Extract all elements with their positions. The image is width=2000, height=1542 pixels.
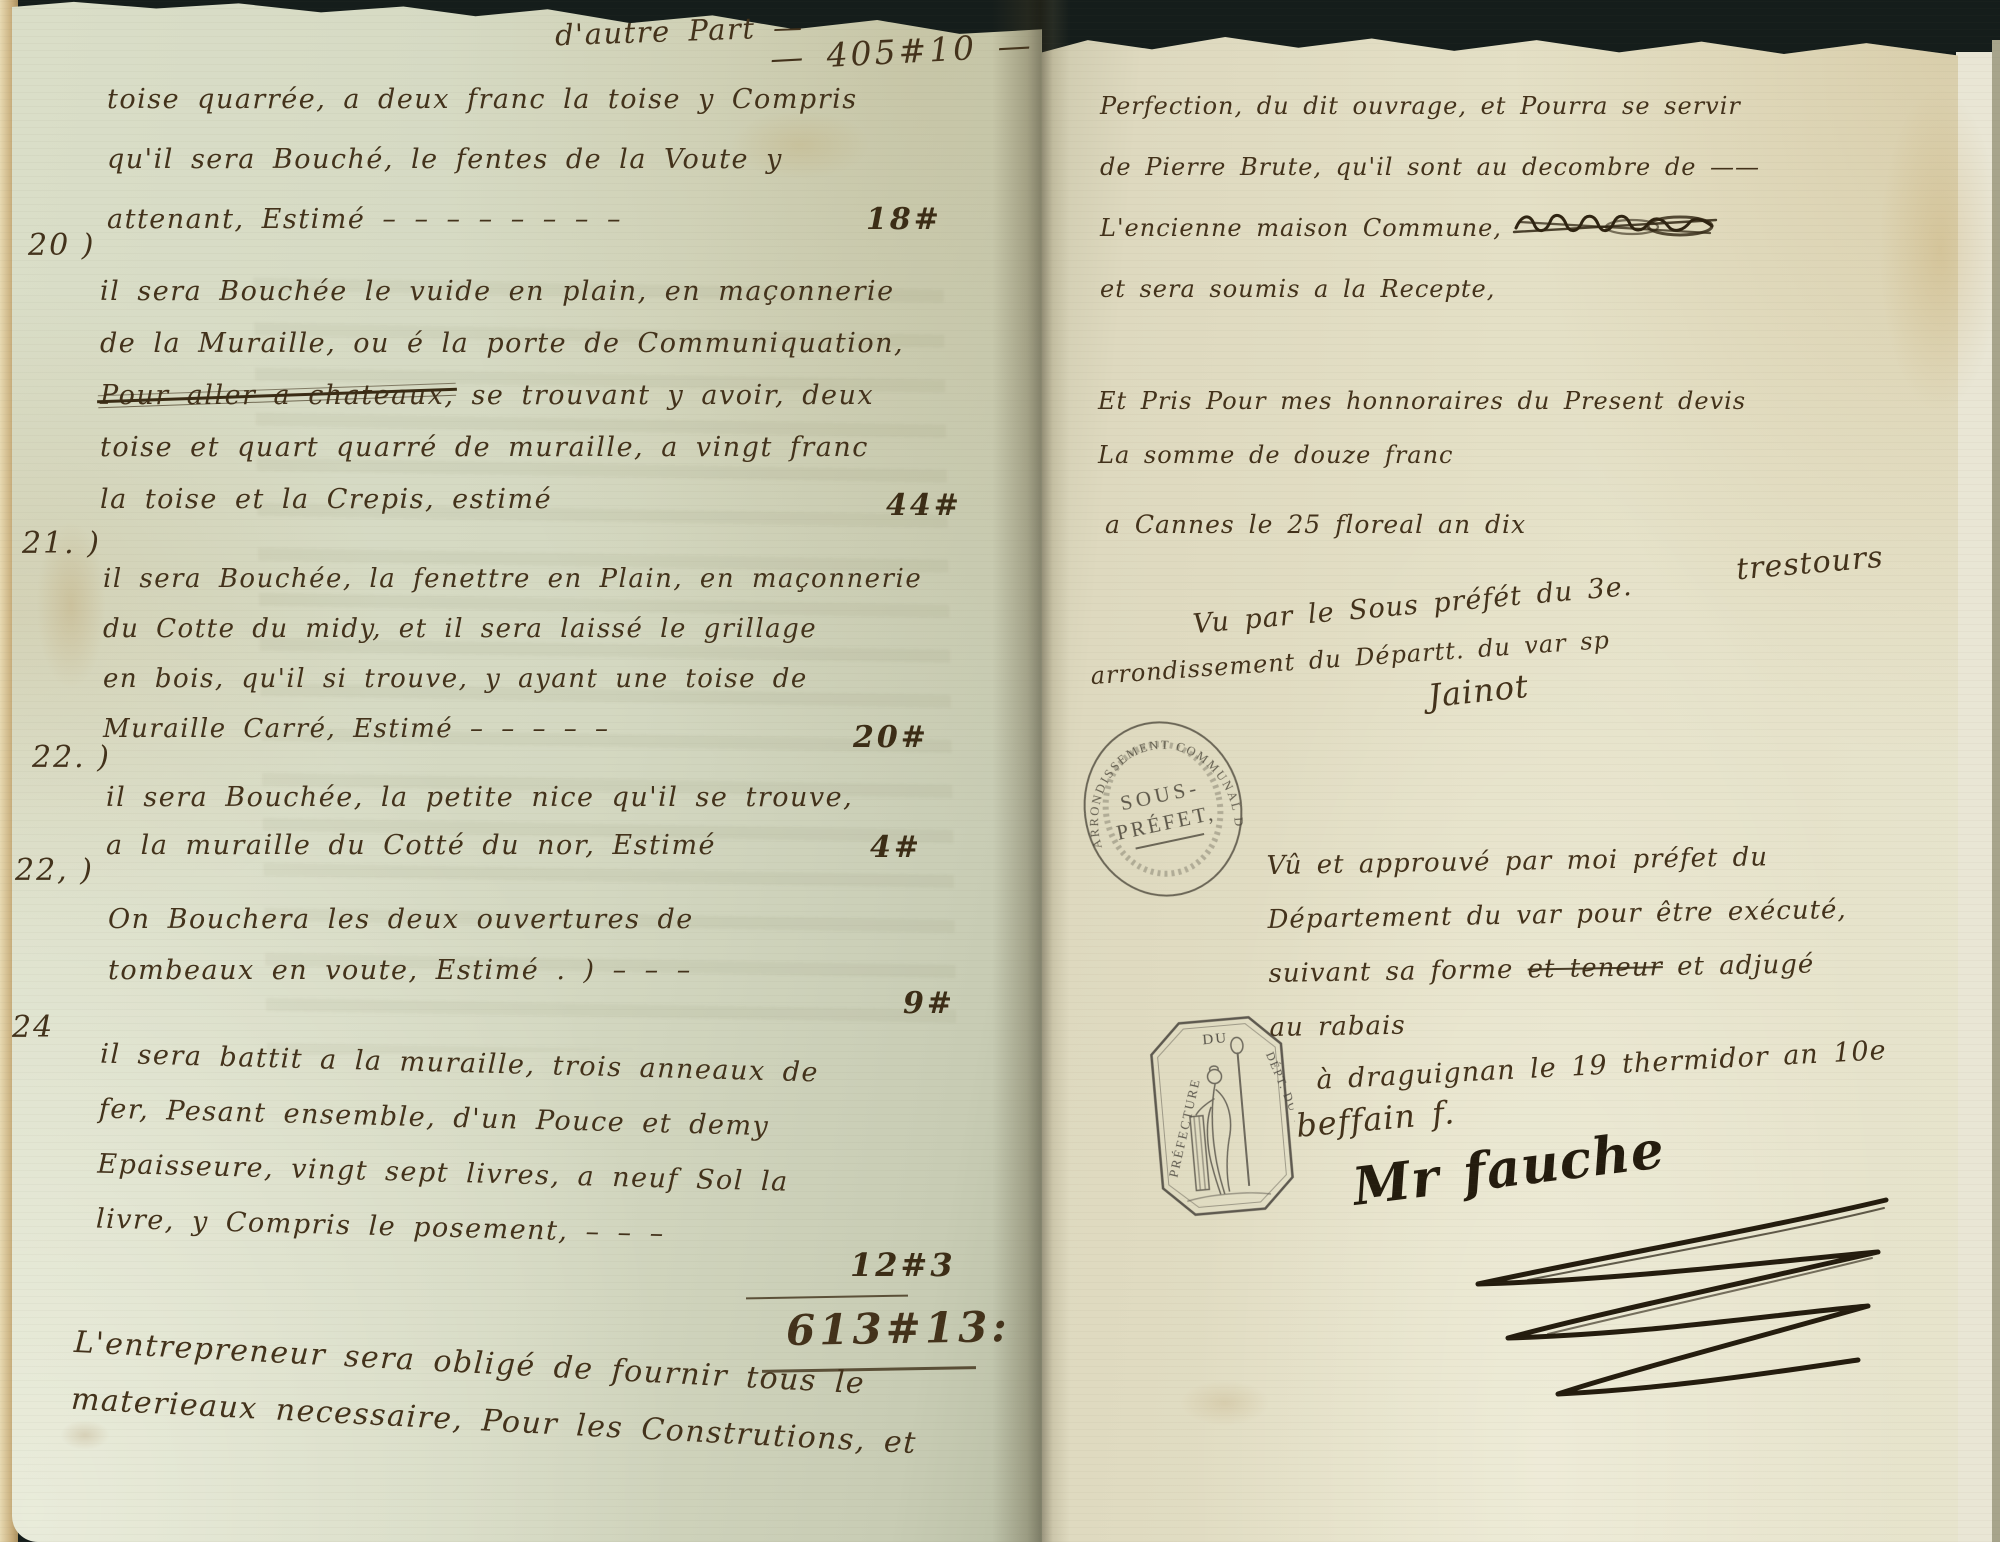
text-line: toise quarrée, a deux franc la toise y C…: [107, 70, 858, 130]
amount-value: 20#: [853, 720, 929, 755]
crossed-out-phrase: Pour aller a chateaux,: [100, 370, 454, 422]
text-line: il sera Bouchée, la fenettre en Plain, e…: [103, 554, 922, 604]
amount-value: 12#3: [850, 1246, 956, 1284]
text-line: qu'il sera Bouché, le fentes de la Voute…: [107, 130, 858, 190]
text-line: de Pierre Brute, qu'il sont au decombre …: [1100, 137, 1760, 198]
text-segment: suivant sa forme: [1268, 955, 1528, 990]
text-line: Département du var pour être exécuté,: [1267, 883, 1847, 947]
text-line: et sera soumis a la Recepte,: [1100, 259, 1760, 320]
item-22-paragraph: il sera Bouchée, la petite nice qu'il se…: [106, 774, 853, 870]
amount-value: 18#: [866, 202, 942, 237]
text-line: en bois, qu'il si trouve, y ayant une to…: [103, 654, 922, 704]
text-line: de la Muraille, ou é la porte de Communi…: [100, 318, 904, 370]
text-line: il sera Bouchée, la petite nice qu'il se…: [106, 774, 853, 822]
prefecture-octagon-stamp: DU PRÉFECTURE DÉPT. DU VAR.: [1141, 1008, 1302, 1224]
right-paragraph-2: Et Pris Pour mes honnoraires du Present …: [1098, 374, 1746, 482]
text-line: a la muraille du Cotté du nor, Estimé: [106, 822, 853, 870]
text-line: Vû et approuvé par moi préfet du: [1266, 829, 1846, 893]
manuscript-scan: d'autre Part — — 405#10 — toise quarrée,…: [0, 0, 2000, 1542]
text-line: Muraille Carré, Estimé – – – – –: [103, 704, 922, 754]
text-line: L'encienne maison Commune,: [1100, 198, 1760, 259]
item-21-paragraph: il sera Bouchée, la fenettre en Plain, e…: [103, 554, 922, 754]
item-number: 20 ): [28, 228, 95, 263]
text-line: Et Pris Pour mes honnoraires du Present …: [1098, 374, 1746, 428]
text-line: toise et quart quarré de muraille, a vin…: [100, 422, 904, 474]
signature-flourish: [1438, 1188, 1900, 1430]
intro-paragraph: toise quarrée, a deux franc la toise y C…: [107, 70, 858, 250]
right-paragraph-1: Perfection, du dit ouvrage, et Pourra se…: [1100, 76, 1760, 320]
text-line: Perfection, du dit ouvrage, et Pourra se…: [1100, 76, 1760, 137]
text-line: La somme de douze franc: [1098, 428, 1746, 482]
text-line: Pour aller a chateaux, se trouvant y avo…: [100, 370, 904, 422]
text-segment: et adjugé: [1663, 950, 1815, 983]
page-total: 613#13:: [786, 1302, 1012, 1355]
item-20-paragraph: il sera Bouchée le vuide en plain, en ma…: [100, 266, 904, 526]
item-number: 24: [12, 1010, 54, 1045]
text-line: On Bouchera les deux ouvertures de: [108, 894, 694, 945]
text-line: il sera Bouchée le vuide en plain, en ma…: [100, 266, 904, 318]
text-line: suivant sa forme et teneur et adjugé: [1268, 937, 1848, 1001]
text-line: tombeaux en voute, Estimé . ) – – –: [108, 945, 694, 996]
ink-scribble: [1512, 206, 1722, 246]
text-line: du Cotte du midy, et il sera laissé le g…: [103, 604, 922, 654]
item-number: 22. ): [32, 740, 111, 775]
item-number: 22, ): [15, 853, 94, 888]
text-segment: L'encienne maison Commune,: [1100, 214, 1502, 242]
text-segment: se trouvant y avoir, deux: [454, 380, 874, 411]
stamp-top-text: DU: [1202, 1030, 1229, 1048]
visa-prefect-paragraph: Vû et approuvé par moi préfet du Départe…: [1266, 829, 1849, 1055]
text-line: la toise et la Crepis, estimé: [100, 474, 904, 526]
struck-words: et teneur: [1527, 952, 1663, 984]
text-line: attenant, Estimé – – – – – – – –: [107, 190, 858, 250]
item-24-paragraph: il sera battit a la muraille, trois anne…: [95, 1027, 819, 1266]
scan-right-edge: [1992, 40, 2000, 1542]
dateline-cannes: a Cannes le 25 floreal an dix: [1105, 510, 1526, 539]
amount-value: 4#: [870, 830, 922, 865]
next-page-edge: [1956, 52, 1992, 1542]
amount-value: 9#: [903, 986, 955, 1021]
item-number: 21. ): [22, 526, 101, 561]
item-23-paragraph: On Bouchera les deux ouvertures detombea…: [108, 894, 694, 996]
amount-value: 44#: [886, 488, 962, 523]
